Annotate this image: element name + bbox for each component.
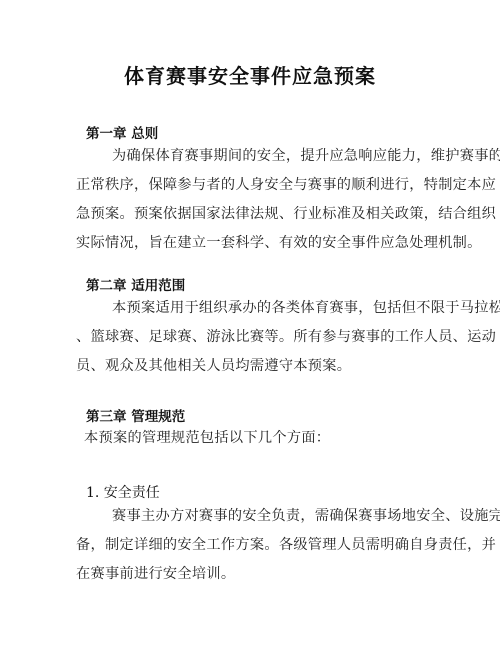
document-title: 体育赛事安全事件应急预案	[0, 60, 500, 89]
paragraph-line: 实际情况，旨在建立一套科学、有效的安全事件应急处理机制。	[76, 229, 466, 258]
chapter-1-paragraph: 为确保体育赛事期间的安全，提升应急响应能力，维护赛事的 正常秩序，保障参与者的人…	[84, 142, 466, 258]
chapter-2-heading: 第二章 适用范围	[86, 274, 185, 294]
paragraph-line: 本预案适用于组织承办的各类体育赛事，包括但不限于马拉松	[84, 294, 466, 323]
paragraph-line: 在赛事前进行安全培训。	[76, 560, 466, 589]
chapter-2-paragraph: 本预案适用于组织承办的各类体育赛事，包括但不限于马拉松 、篮球赛、足球赛、游泳比…	[84, 294, 466, 381]
section-1-heading: 1. 安全责任	[86, 482, 160, 502]
paragraph-line: 赛事主办方对赛事的安全负责，需确保赛事场地安全、设施完	[84, 502, 466, 531]
paragraph-line: 、篮球赛、足球赛、游泳比赛等。所有参与赛事的工作人员、运动	[76, 323, 466, 352]
chapter-1-heading: 第一章 总则	[86, 122, 158, 142]
chapter-3-heading: 第三章 管理规范	[86, 405, 185, 425]
paragraph-line: 急预案。预案依据国家法律法规、行业标准及相关政策，结合组织	[76, 200, 466, 229]
paragraph-line: 正常秩序，保障参与者的人身安全与赛事的顺利进行，特制定本应	[76, 171, 466, 200]
section-1-paragraph: 赛事主办方对赛事的安全负责，需确保赛事场地安全、设施完 备，制定详细的安全工作方…	[84, 502, 466, 589]
chapter-3-paragraph: 本预案的管理规范包括以下几个方面：	[84, 424, 466, 453]
paragraph-line: 本预案的管理规范包括以下几个方面：	[84, 424, 466, 453]
paragraph-line: 为确保体育赛事期间的安全，提升应急响应能力，维护赛事的	[84, 142, 466, 171]
paragraph-line: 备，制定详细的安全工作方案。各级管理人员需明确自身责任，并	[76, 531, 466, 560]
paragraph-line: 员、观众及其他相关人员均需遵守本预案。	[76, 352, 466, 381]
